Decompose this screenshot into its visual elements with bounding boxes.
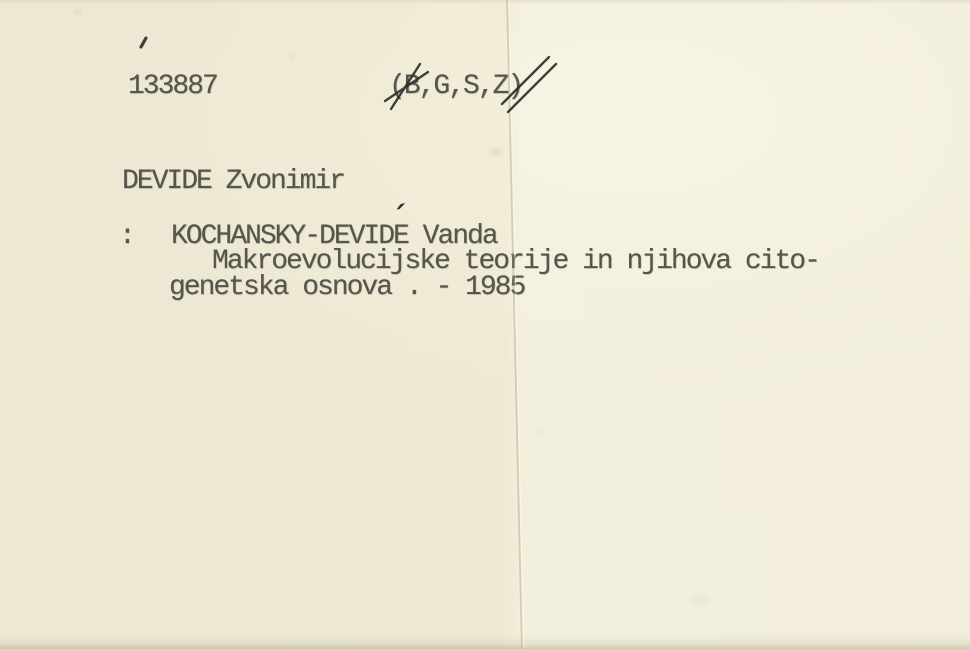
category-codes: (B,G,S,Z) <box>389 73 522 101</box>
title-line-2: genetska osnova . - 1985 <box>169 274 524 302</box>
card-heading: DEVIDE Zvonimir <box>122 168 344 196</box>
inventory-number: 133887 <box>128 73 217 101</box>
catalog-card-scan: 133887 (B,G,S,Z) DEVIDE Zvonimir : KOCHA… <box>0 0 970 649</box>
pen-tick-mark <box>141 38 146 47</box>
colon-separator: : <box>119 223 134 251</box>
